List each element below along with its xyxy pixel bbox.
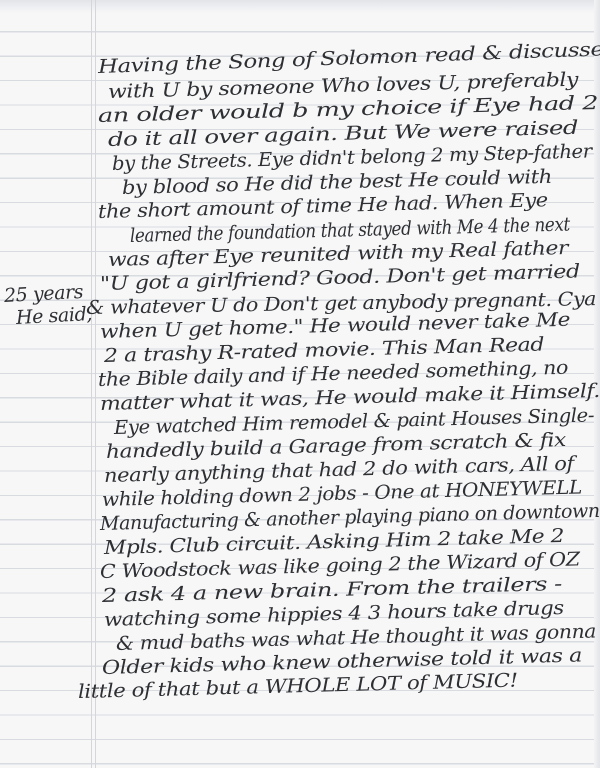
- notebook-page: 25 years He said, Having the Song of Sol…: [0, 0, 600, 768]
- margin-line: [95, 0, 96, 768]
- page-top-edge: [0, 0, 600, 10]
- margin-note-line: He said,: [15, 302, 92, 330]
- margin-line: [91, 0, 92, 768]
